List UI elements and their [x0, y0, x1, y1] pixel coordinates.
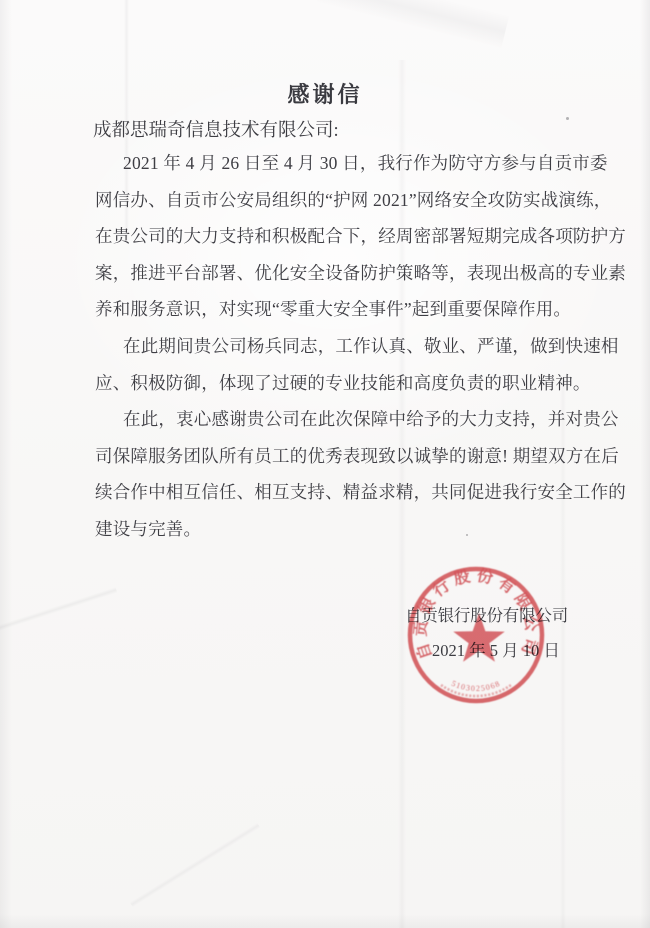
paper-edge-shadow	[0, 914, 650, 928]
letter-line: 司保障服务团队所有员工的优秀表现致以诚挚的谢意! 期望双方在后	[95, 438, 581, 475]
letter-line: 应、积极防御，体现了过硬的专业技能和高度负责的职业精神。	[95, 365, 581, 402]
letter-line: 在贵公司的大力支持和积极配合下，经周密部署短期完成各项防护方	[95, 218, 581, 255]
scan-speck	[566, 117, 569, 120]
paper-edge-shadow	[640, 0, 650, 928]
official-seal-stamp: 自贡银行股份有限公司 5103025068	[406, 565, 546, 705]
seal-number: 5103025068	[450, 679, 502, 693]
letter-line: 建设与完善。	[95, 511, 581, 548]
letter-line: 案，推进平台部署、优化安全设备防护策略等，表现出极高的专业素	[95, 255, 581, 292]
scanned-letter-page: 感谢信 成都思瑞奇信息技术有限公司: 2021 年 4 月 26 日至 4 月 …	[0, 0, 650, 928]
letter-line: 在此期间贵公司杨兵同志，工作认真、敬业、严谨，做到快速相	[95, 328, 581, 365]
letter-line: 在此，衷心感谢贵公司在此次保障中给予的大力支持，并对贵公	[95, 401, 581, 438]
letter-line: 养和服务意识，对实现“零重大安全事件”起到重要保障作用。	[95, 291, 581, 328]
letter-salutation: 成都思瑞奇信息技术有限公司:	[93, 116, 339, 142]
letter-title: 感谢信	[0, 78, 650, 109]
letter-line: 续合作中相互信任、相互支持、精益求精，共同促进我行安全工作的	[95, 474, 581, 511]
paper-crease	[317, 0, 510, 48]
seal-star-icon	[453, 613, 504, 662]
paper-edge-shadow	[0, 0, 12, 928]
letter-line: 2021 年 4 月 26 日至 4 月 30 日，我行作为防守方参与自贡市委	[95, 145, 581, 182]
paper-crease	[0, 587, 117, 639]
letter-body: 2021 年 4 月 26 日至 4 月 30 日，我行作为防守方参与自贡市委网…	[95, 145, 581, 548]
paper-crease	[130, 823, 260, 908]
letter-line: 网信办、自贡市公安局组织的“护网 2021”网络安全攻防实战演练，	[95, 182, 581, 219]
